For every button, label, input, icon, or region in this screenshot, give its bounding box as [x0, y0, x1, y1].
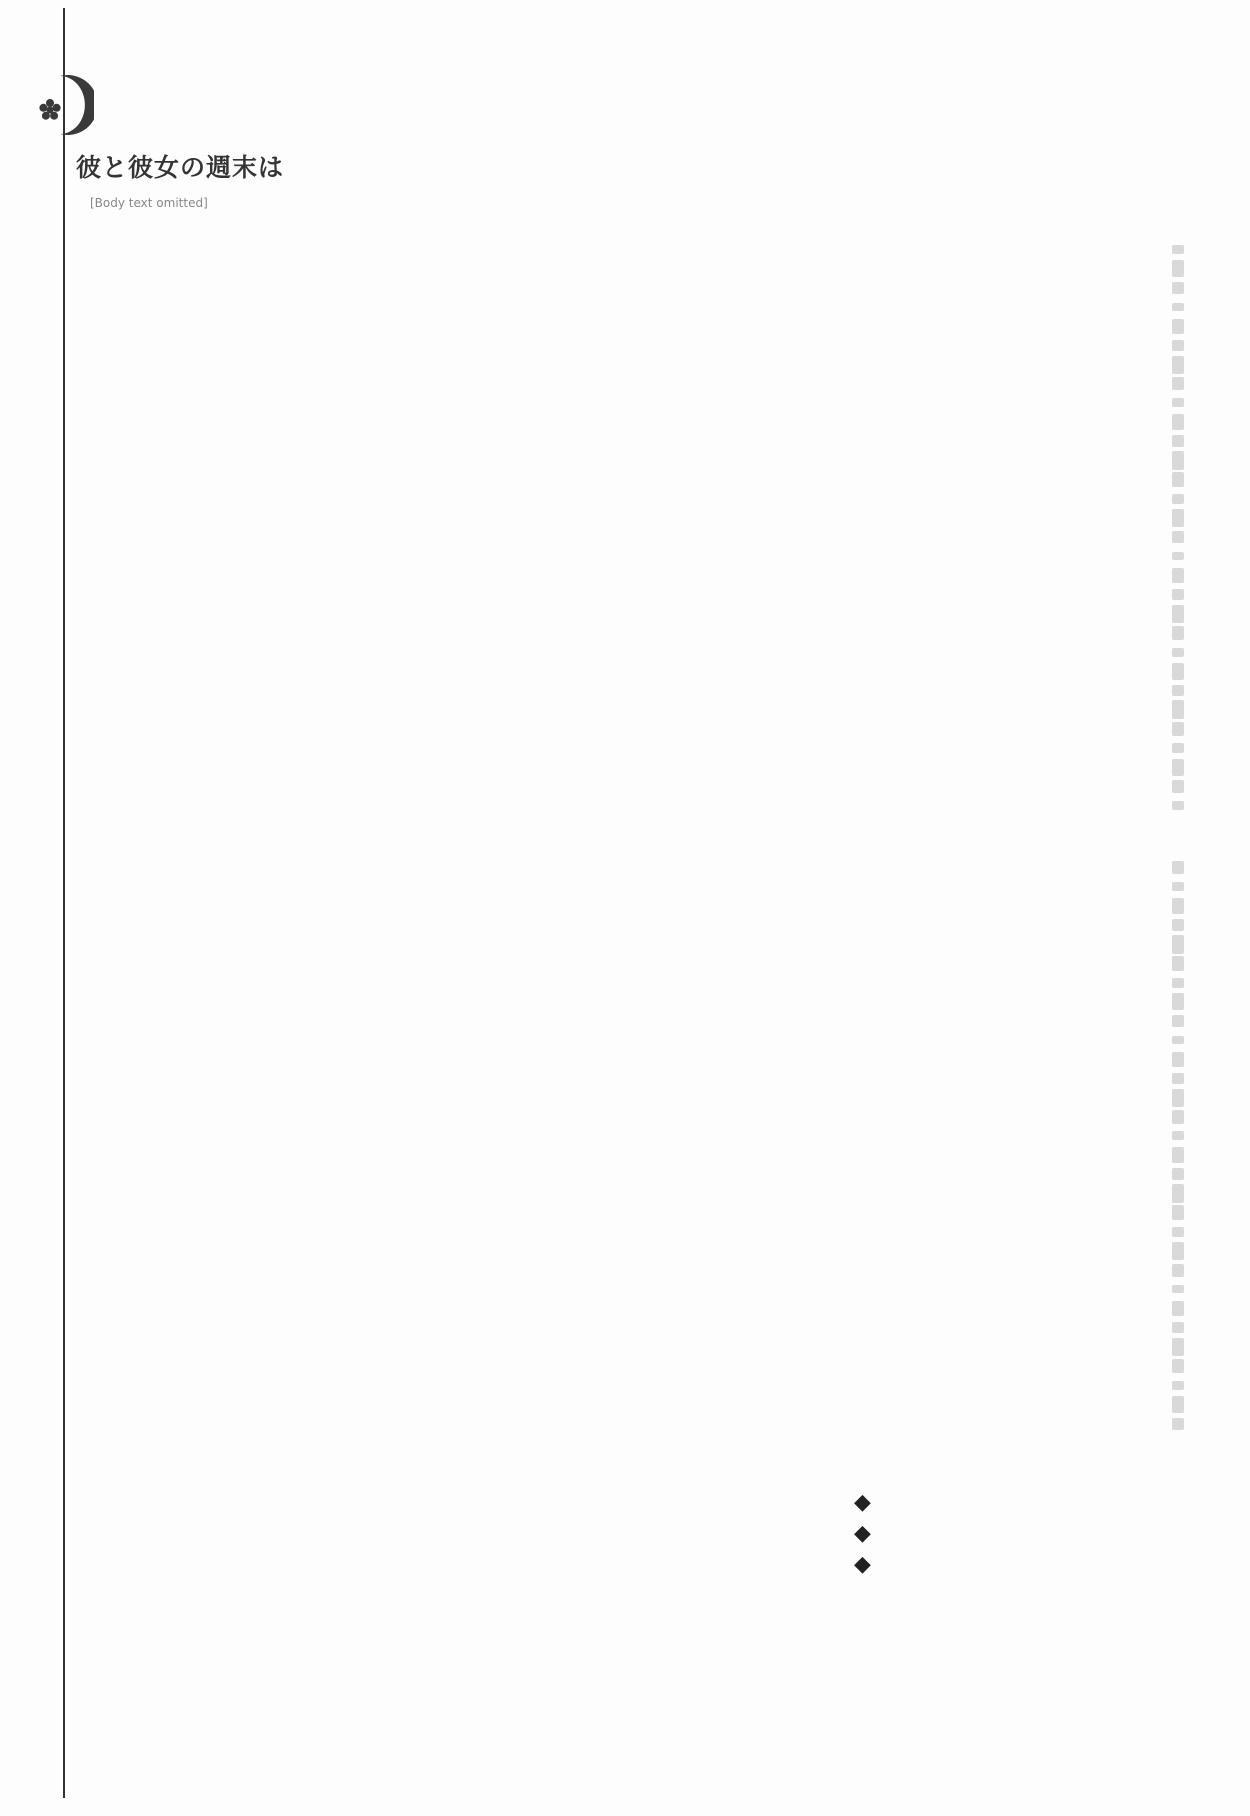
text-column-redacted [1153, 738, 1184, 757]
redacted-line [1172, 509, 1184, 526]
redacted-line [1172, 494, 1184, 504]
text-column-redacted [1153, 758, 1184, 777]
redacted-line [1172, 1147, 1184, 1163]
redacted-line [1172, 414, 1184, 430]
redacted-line [1172, 1242, 1184, 1259]
text-column-redacted [1153, 643, 1184, 662]
redacted-line [1172, 260, 1184, 277]
redacted-line [1172, 935, 1184, 954]
redacted-line [1172, 759, 1184, 776]
redacted-line [1172, 993, 1184, 1010]
redacted-line [1172, 568, 1184, 583]
redacted-line [1172, 1381, 1184, 1390]
redacted-line [1172, 1418, 1184, 1430]
text-column-redacted [1153, 1280, 1184, 1299]
redacted-line [1172, 919, 1184, 931]
text-column-redacted [1153, 1241, 1184, 1260]
redacted-line [1172, 1396, 1184, 1412]
redacted-line [1172, 1131, 1184, 1140]
text-column-redacted [1153, 1088, 1184, 1107]
redacted-line [1172, 1036, 1184, 1044]
chapter-title: 彼と彼女の週末は [76, 148, 284, 184]
redacted-line [1172, 898, 1184, 914]
redacted-line [1172, 882, 1184, 891]
redacted-line [1172, 472, 1184, 486]
text-block-bottom [1153, 858, 1184, 1433]
redacted-line [1172, 1073, 1184, 1084]
text-column-redacted [1153, 413, 1184, 432]
text-column-redacted [1153, 896, 1184, 915]
text-column-redacted [1153, 298, 1184, 317]
redacted-line [1172, 1338, 1184, 1356]
redacted-line [1172, 340, 1184, 351]
redacted-line [1172, 1301, 1184, 1316]
redacted-line [1172, 1359, 1184, 1373]
text-column-redacted [1153, 528, 1184, 547]
redacted-line [1172, 648, 1184, 657]
text-column-redacted [1153, 777, 1184, 796]
redacted-line [1172, 1322, 1184, 1333]
text-column-redacted [1153, 623, 1184, 642]
redacted-line [1172, 626, 1184, 640]
text-column-redacted [1153, 1146, 1184, 1165]
redacted-line [1172, 663, 1184, 679]
redacted-line [1172, 1089, 1184, 1107]
text-column-redacted [1153, 992, 1184, 1011]
text-column-redacted [1153, 585, 1184, 604]
redacted-line [1172, 605, 1184, 623]
text-column-redacted [1153, 1414, 1184, 1433]
text-column-redacted [1153, 393, 1184, 412]
text-column-redacted [1153, 1222, 1184, 1241]
text-column-redacted [1153, 508, 1184, 527]
text-column-redacted [1153, 240, 1184, 259]
text-column-redacted [1153, 451, 1184, 470]
text-column-redacted [1153, 796, 1184, 815]
redacted-line [1172, 1168, 1184, 1180]
text-column-redacted [1153, 858, 1184, 877]
text-column-redacted [1153, 336, 1184, 355]
text-column-redacted [1153, 916, 1184, 935]
redacted-line [1172, 700, 1184, 719]
redacted-line [1172, 356, 1184, 374]
text-column-redacted [1153, 278, 1184, 297]
redacted-line [1172, 1184, 1184, 1203]
redacted-line [1172, 801, 1184, 809]
text-column-redacted [1153, 355, 1184, 374]
redacted-line [1172, 531, 1184, 544]
text-column-redacted [1153, 1376, 1184, 1395]
redacted-line [1172, 589, 1184, 600]
text-column-redacted [1153, 954, 1184, 973]
text-column-redacted [1153, 1031, 1184, 1050]
redacted-line [1172, 1285, 1184, 1293]
redacted-line [1172, 861, 1184, 874]
redacted-line [1172, 956, 1184, 970]
redacted-line [1172, 1227, 1184, 1237]
text-block-top [1153, 240, 1184, 815]
text-column-redacted [1153, 566, 1184, 585]
redacted-line [1172, 377, 1184, 390]
redacted-line [1172, 245, 1184, 255]
text-column-redacted [1153, 973, 1184, 992]
text-column-redacted [1153, 432, 1184, 451]
redacted-line [1172, 780, 1184, 793]
text-column-redacted [1153, 1126, 1184, 1145]
margin-rule [63, 8, 65, 1798]
text-column-redacted [1153, 719, 1184, 738]
text-column-redacted [1153, 1184, 1184, 1203]
redacted-line [1172, 1015, 1184, 1027]
text-column-redacted [1153, 1165, 1184, 1184]
text-column-redacted [1153, 700, 1184, 719]
text-column-redacted [1153, 935, 1184, 954]
scene-break: ◆◆◆ [850, 1490, 875, 1583]
redacted-line [1172, 552, 1184, 560]
text-column-redacted [1153, 1337, 1184, 1356]
crescent-moon-flower-icon [34, 72, 94, 138]
redacted-line [1172, 319, 1184, 334]
text-column-redacted [1153, 489, 1184, 508]
redacted-line [1172, 1205, 1184, 1219]
text-column-redacted [1153, 604, 1184, 623]
redaction-notice: [Body text omitted] [90, 196, 208, 210]
text-column-redacted [1153, 662, 1184, 681]
text-column-redacted [1153, 1261, 1184, 1280]
redacted-line [1172, 282, 1184, 294]
redacted-line [1172, 978, 1184, 988]
text-column-redacted [1153, 1069, 1184, 1088]
text-column-redacted [1153, 470, 1184, 489]
redacted-line [1172, 398, 1184, 407]
redacted-line [1172, 685, 1184, 697]
redacted-line [1172, 1110, 1184, 1123]
text-column-redacted [1153, 1011, 1184, 1030]
text-column-redacted [1153, 1299, 1184, 1318]
text-column-redacted [1153, 547, 1184, 566]
redacted-line [1172, 1264, 1184, 1277]
redacted-line [1172, 1052, 1184, 1067]
text-column-redacted [1153, 681, 1184, 700]
redacted-line [1172, 451, 1184, 470]
text-column-redacted [1153, 1203, 1184, 1222]
redacted-line [1172, 722, 1184, 737]
text-column-redacted [1153, 374, 1184, 393]
text-column-redacted [1153, 1356, 1184, 1375]
redacted-line [1172, 743, 1184, 753]
text-column-redacted [1153, 259, 1184, 278]
text-column-redacted [1153, 317, 1184, 336]
text-column-redacted [1153, 877, 1184, 896]
text-column-redacted [1153, 1107, 1184, 1126]
text-column-redacted [1153, 1050, 1184, 1069]
text-column-redacted [1153, 1318, 1184, 1337]
redacted-line [1172, 435, 1184, 447]
redacted-line [1172, 303, 1184, 311]
text-column-redacted [1153, 1395, 1184, 1414]
